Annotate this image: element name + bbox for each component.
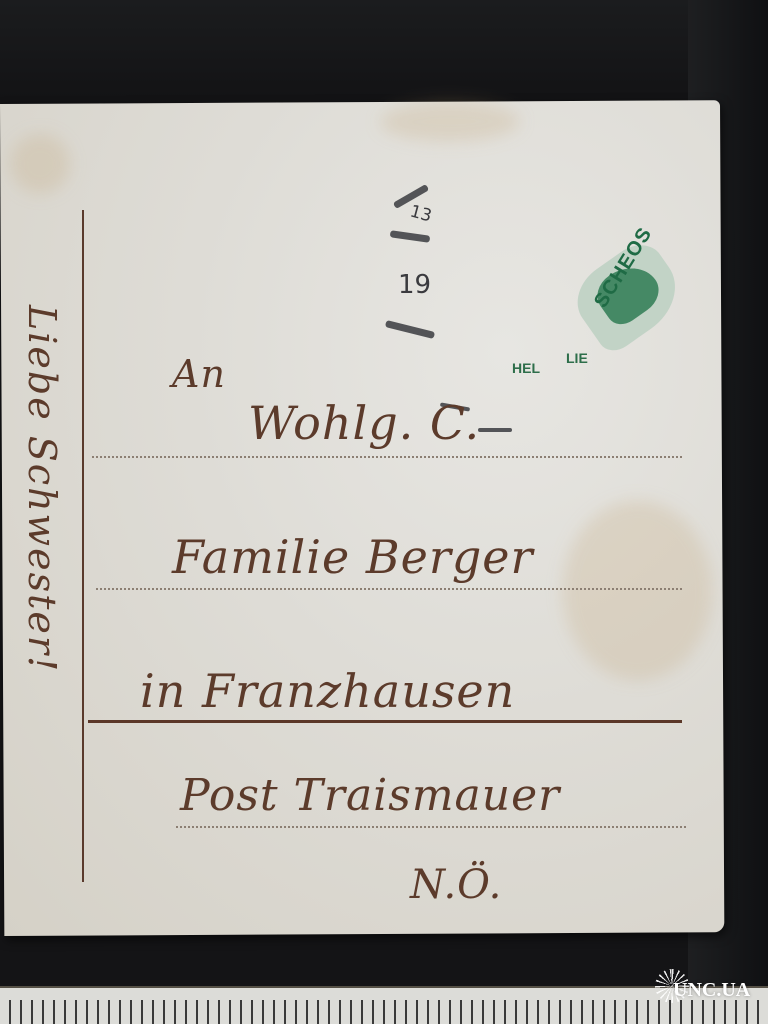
address-line-name: Familie Berger xyxy=(172,530,534,584)
address-dotted-line xyxy=(176,826,686,828)
address-line-town: in Franzhausen xyxy=(140,664,515,718)
watermark: UNC.UA xyxy=(655,967,760,1017)
age-stain xyxy=(10,134,70,194)
address-line-salutation: An xyxy=(172,352,226,396)
stamp-fragment: LIE xyxy=(566,350,588,366)
address-line-region: N.Ö. xyxy=(410,862,502,908)
stamp-fragment: HEL xyxy=(512,360,540,376)
side-message: Liebe Schwester! xyxy=(20,305,64,673)
background-dark-surface xyxy=(0,0,768,110)
address-underline xyxy=(88,720,682,723)
address-dotted-line xyxy=(92,456,682,458)
watermark-text: UNC.UA xyxy=(673,979,750,1002)
measuring-ruler xyxy=(0,988,768,1024)
address-line-title: Wohlg. C. xyxy=(248,396,480,450)
age-stain xyxy=(380,101,520,142)
address-line-post-office: Post Traismauer xyxy=(180,770,560,821)
address-dotted-line xyxy=(96,588,682,590)
postmark-bar xyxy=(478,428,512,432)
postmark-year: 19 xyxy=(398,270,431,300)
message-divider-line xyxy=(82,210,84,882)
age-stain xyxy=(562,500,713,681)
